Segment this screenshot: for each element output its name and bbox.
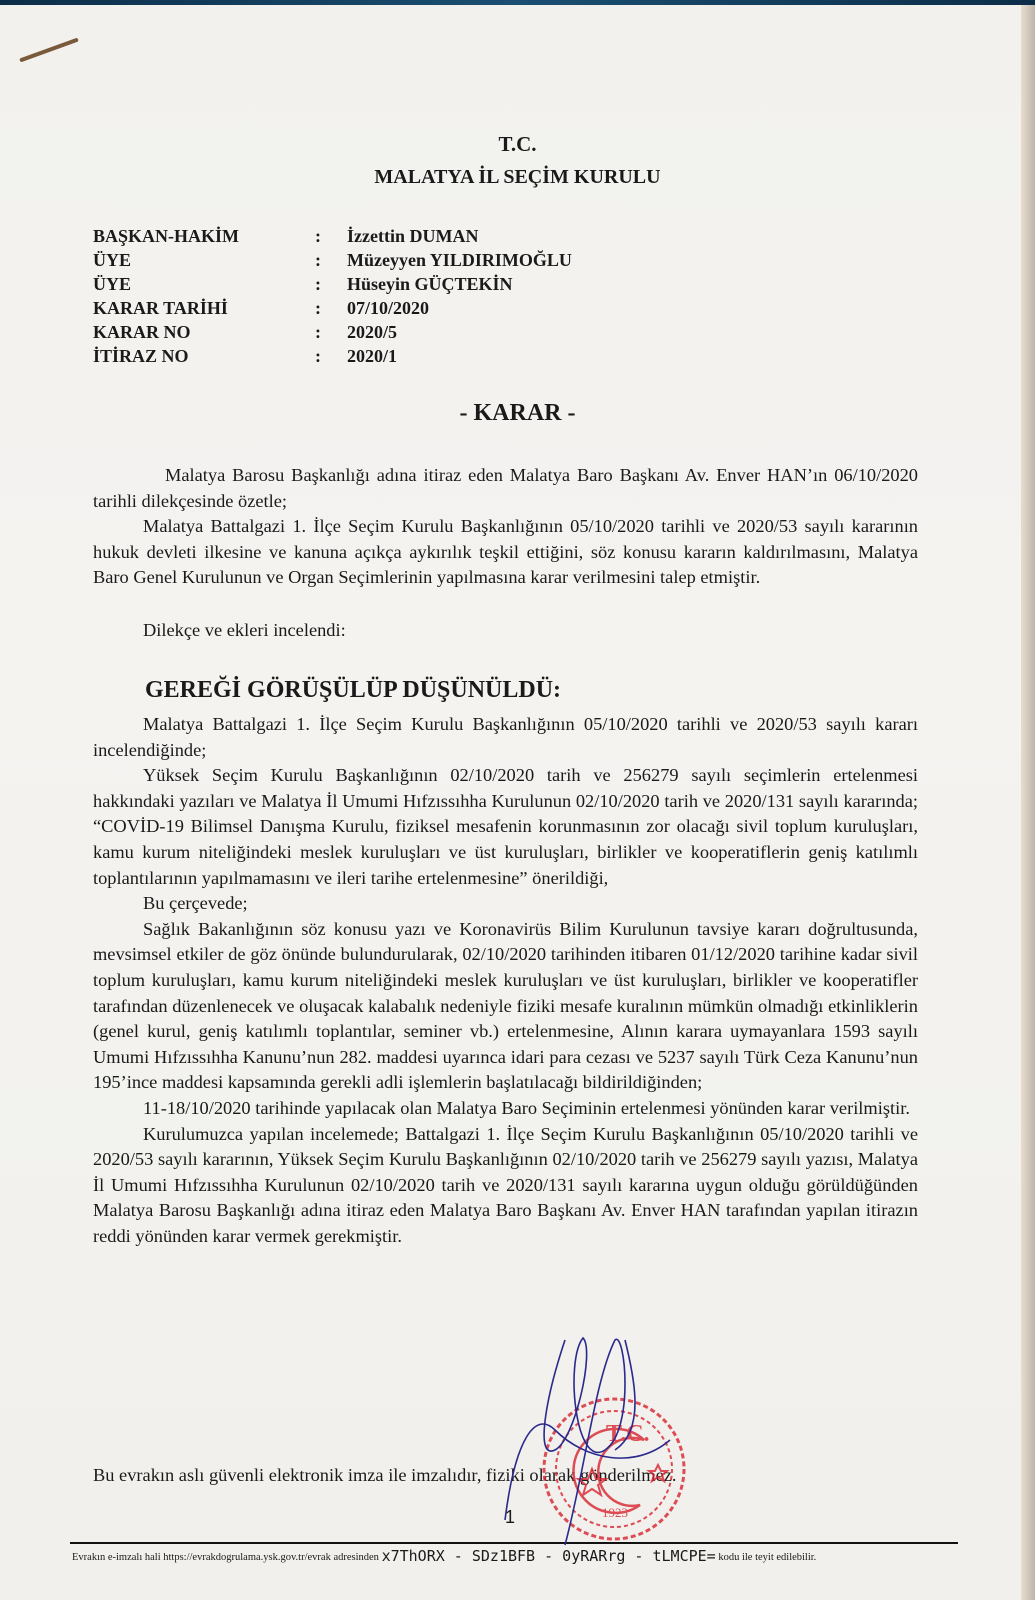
verification-code[interactable]: x7ThORX - SDz1BFB - 0yRARrg - tLMCPE= xyxy=(382,1547,716,1565)
header-court-name: MALATYA İL SEÇİM KURULU xyxy=(0,166,1035,189)
intro-paragraph: Malatya Barosu Başkanlığı adına itiraz e… xyxy=(93,463,918,514)
footer-verification: Evrakın e-imzalı hali https://evrakdogru… xyxy=(72,1547,816,1565)
reasoning-paragraph: 11-18/10/2020 tarihinde yapılacak olan M… xyxy=(93,1096,918,1122)
meta-colon: : xyxy=(315,344,347,368)
reasoning-paragraph: Sağlık Bakanlığının söz konusu yazı ve K… xyxy=(93,917,918,1096)
intro-paragraph: Dilekçe ve ekleri incelendi: xyxy=(93,618,918,644)
footer-divider xyxy=(70,1542,958,1544)
meta-row: BAŞKAN-HAKİM : İzzettin DUMAN xyxy=(93,224,572,248)
footer-prefix: Evrakın e-imzalı hali https://evrakdogru… xyxy=(72,1552,379,1563)
meta-row: ÜYE : Müzeyyen YILDIRIMOĞLU xyxy=(93,248,572,272)
meta-label: BAŞKAN-HAKİM xyxy=(93,224,315,248)
header-tc: T.C. xyxy=(0,132,1035,157)
meta-value: 2020/5 xyxy=(347,320,397,344)
meta-row: İTİRAZ NO : 2020/1 xyxy=(93,344,572,368)
meta-colon: : xyxy=(315,272,347,296)
reasoning-paragraph: Bu çerçevede; xyxy=(93,891,918,917)
meta-colon: : xyxy=(315,296,347,320)
intro-paragraph: Malatya Battalgazi 1. İlçe Seçim Kurulu … xyxy=(93,514,918,591)
reasoning-paragraph: Malatya Battalgazi 1. İlçe Seçim Kurulu … xyxy=(93,712,918,763)
footer-suffix: kodu ile teyit edilebilir. xyxy=(718,1552,816,1563)
meta-table: BAŞKAN-HAKİM : İzzettin DUMAN ÜYE : Müze… xyxy=(93,224,572,368)
reasoning-heading: GEREĞİ GÖRÜŞÜLÜP DÜŞÜNÜLDÜ: xyxy=(145,677,561,704)
decision-title: - KARAR - xyxy=(0,400,1035,427)
reasoning-section: Malatya Battalgazi 1. İlçe Seçim Kurulu … xyxy=(93,712,918,1249)
meta-value: İzzettin DUMAN xyxy=(347,224,478,248)
page-number: 1 xyxy=(505,1507,515,1528)
meta-label: ÜYE xyxy=(93,248,315,272)
meta-label: KARAR TARİHİ xyxy=(93,296,315,320)
meta-row: ÜYE : Hüseyin GÜÇTEKİN xyxy=(93,272,572,296)
meta-row: KARAR NO : 2020/5 xyxy=(93,320,572,344)
e-signature-notice: Bu evrakın aslı güvenli elektronik imza … xyxy=(93,1465,677,1486)
meta-value: 2020/1 xyxy=(347,344,397,368)
meta-row: KARAR TARİHİ : 07/10/2020 xyxy=(93,296,572,320)
meta-label: KARAR NO xyxy=(93,320,315,344)
meta-colon: : xyxy=(315,248,347,272)
meta-value: 07/10/2020 xyxy=(347,296,429,320)
reasoning-paragraph: Yüksek Seçim Kurulu Başkanlığının 02/10/… xyxy=(93,763,918,891)
reasoning-paragraph: Kurulumuzca yapılan incelemede; Battalga… xyxy=(93,1122,918,1250)
meta-colon: : xyxy=(315,320,347,344)
meta-label: İTİRAZ NO xyxy=(93,344,315,368)
meta-colon: : xyxy=(315,224,347,248)
meta-value: Müzeyyen YILDIRIMOĞLU xyxy=(347,248,572,272)
meta-value: Hüseyin GÜÇTEKİN xyxy=(347,272,513,296)
meta-label: ÜYE xyxy=(93,272,315,296)
page-edge xyxy=(1021,5,1035,1600)
